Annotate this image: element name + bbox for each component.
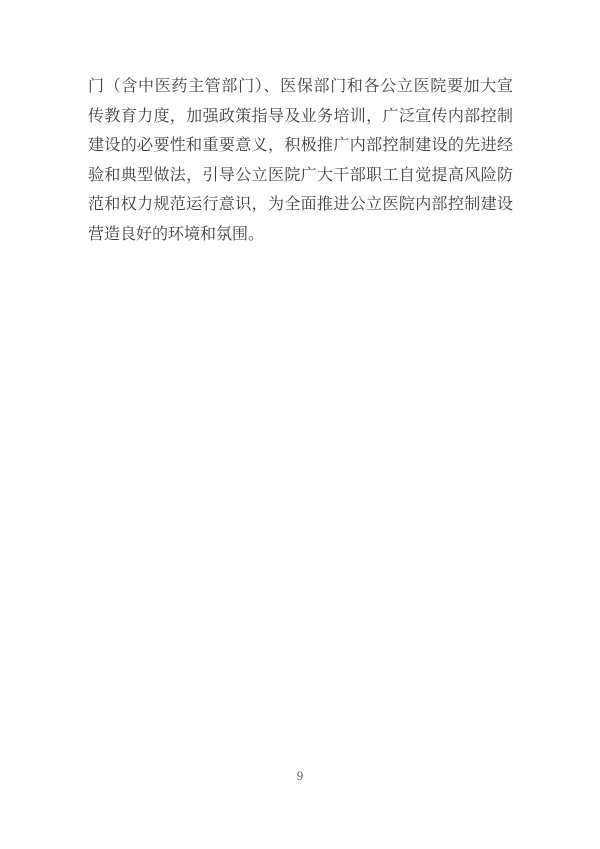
body-text-line: 营造良好的环境和氛围。 [88,220,513,250]
body-text-line: 门（含中医药主管部门）、医保部门和各公立医院要加大宣 [88,72,513,102]
body-paragraph: 门（含中医药主管部门）、医保部门和各公立医院要加大宣 传教育力度，加强政策指导及… [88,72,513,250]
page-number: 9 [0,769,600,784]
body-text-line: 传教育力度，加强政策指导及业务培训，广泛宣传内部控制 [88,102,513,132]
body-text-line: 范和权力规范运行意识，为全面推进公立医院内部控制建设 [88,190,513,220]
body-text-line: 建设的必要性和重要意义，积极推广内部控制建设的先进经 [88,131,513,161]
body-text-line: 验和典型做法，引导公立医院广大干部职工自觉提高风险防 [88,161,513,191]
document-page: 门（含中医药主管部门）、医保部门和各公立医院要加大宣 传教育力度，加强政策指导及… [0,0,600,849]
